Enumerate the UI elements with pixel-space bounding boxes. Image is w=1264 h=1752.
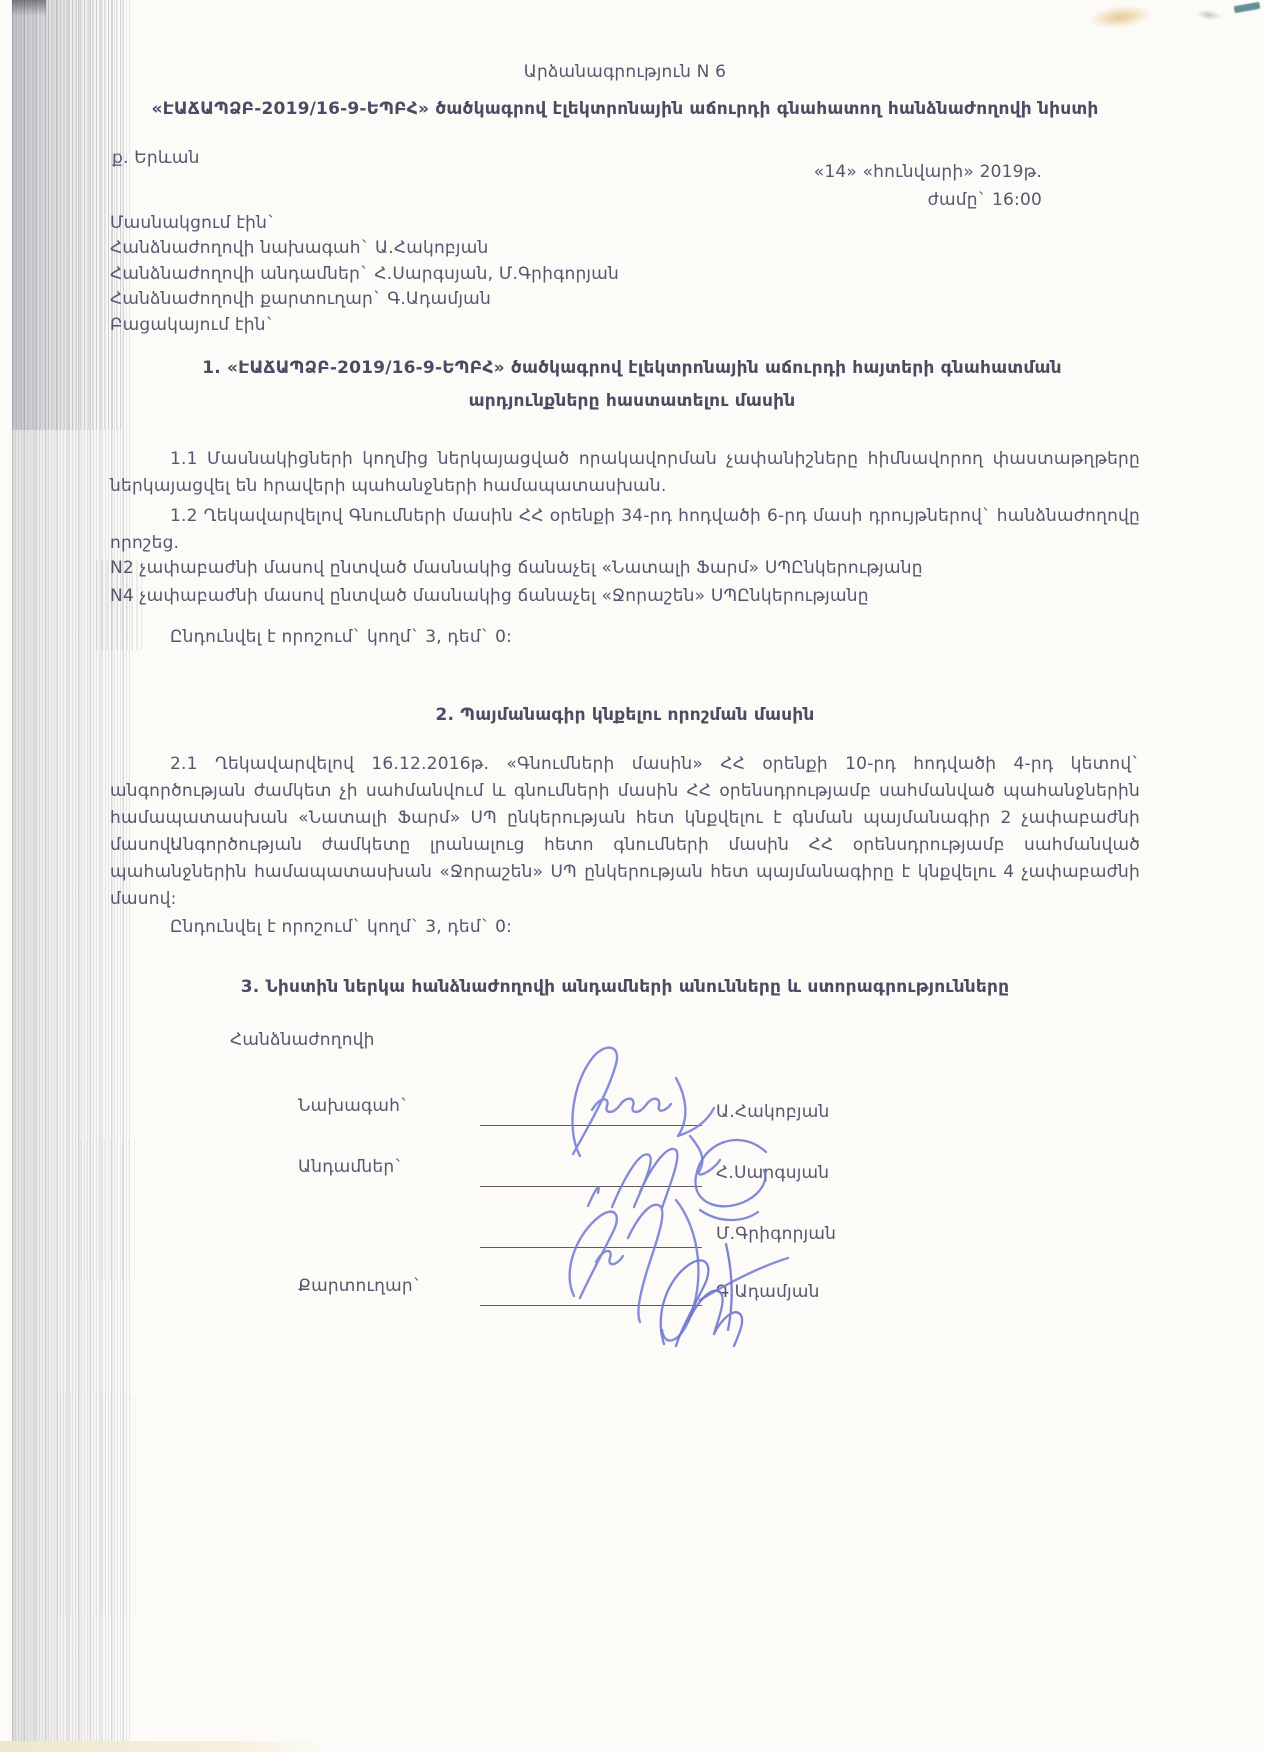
city-label: ք. Երևան <box>112 148 200 168</box>
signature-grigoryan-ink <box>570 1200 788 1340</box>
lot-n4-line: N4 չափաբաժնի մասով ընտված մասնակից ճանաչ… <box>110 586 869 606</box>
date-time-block: «14» «հունվարի» 2019թ. ժամը` 16:00 <box>814 158 1042 214</box>
signature-line <box>480 1125 702 1126</box>
members-line: Հանձնաժողովի անդամներ` Հ.Սարգսյան, Մ.Գրի… <box>110 262 619 287</box>
decision-line-1: Ընդունվել է որոշում` կողմ` 3, դեմ` 0: <box>110 627 1140 647</box>
signatory-name-grigoryan: Մ.Գրիգորյան <box>716 1224 836 1244</box>
secretary-line: Հանձնաժողովի քարտուղար` Գ.Ադամյան <box>110 287 619 312</box>
lot-n2-line: N2 չափաբաժնի մասով ընտված մասնակից ճանաչ… <box>110 558 923 578</box>
signature-line <box>480 1305 702 1306</box>
signatory-name-sargsyan: Հ.Սարգսյան <box>716 1163 829 1183</box>
scan-artifact-patch <box>80 1140 140 1280</box>
signatory-role-chairman: Նախագահ` <box>298 1096 409 1116</box>
scanned-protocol-document: Արձանագրություն N 6 «ԷԱՃԱՊՁԲ-2019/16-9-Ե… <box>0 0 1264 1752</box>
attendance-block: Մասնակցում էին` Հանձնաժողովի նախագահ` Ա.… <box>110 211 619 338</box>
protocol-title: Արձանագրություն N 6 <box>110 62 1140 82</box>
protocol-subtitle: «ԷԱՃԱՊՁԲ-2019/16-9-ԵՊԲՀ» ծածկագրով էլեկտ… <box>70 96 1180 122</box>
signatory-role-secretary: Քարտուղար` <box>298 1276 422 1296</box>
section-3-heading: 3. Նիստին ներկա հանձնաժողովի անդամների ա… <box>110 977 1140 997</box>
signature-line <box>480 1186 702 1187</box>
scan-artifact-left-band-top <box>12 0 124 430</box>
absent-label: Բացակայում էին` <box>110 313 619 338</box>
scan-artifact-orange-smudge <box>1087 3 1153 32</box>
signatory-name-adamyan: Գ.Ադամյան <box>716 1282 820 1302</box>
signatory-name-hakobyan: Ա.Հակոբյան <box>716 1102 829 1122</box>
signatory-role-members: Անդամներ` <box>298 1157 403 1177</box>
item-2-2: Անգործության ժամկետը լրանալուց հետո գնու… <box>110 832 1140 913</box>
signature-hakobyan-ink <box>572 1048 720 1175</box>
commission-label: Հանձնաժողովի <box>230 1030 375 1050</box>
scan-artifact-teal-mark <box>1234 2 1261 13</box>
date-label: «14» «հունվարի» 2019թ. <box>814 158 1042 186</box>
section-2-heading: 2. Պայմանագիր կնքելու որոշման մասին <box>110 705 1140 725</box>
section-1-heading: 1. «ԷԱՃԱՊՁԲ-2019/16-9-ԵՊԲՀ» ծածկագրով էլ… <box>142 352 1122 418</box>
item-1-2: 1.2 Ղեկավարվելով Գնումների մասին ՀՀ օրեն… <box>110 503 1140 557</box>
item-1-1: 1.1 Մասնակիցների կողմից ներկայացված որակ… <box>110 446 1140 500</box>
scan-artifact-gray-mark <box>1195 8 1222 22</box>
decision-line-2: Ընդունվել է որոշում` կողմ` 3, դեմ` 0: <box>110 917 1140 937</box>
chairman-line: Հանձնաժողովի նախագահ` Ա.Հակոբյան <box>110 236 619 261</box>
time-label: ժամը` 16:00 <box>814 186 1042 214</box>
signature-line <box>480 1247 702 1248</box>
scan-artifact-corner <box>12 0 46 16</box>
scan-artifact-patch <box>60 1395 140 1615</box>
scan-artifact-bottom-strip <box>0 1741 330 1752</box>
present-label: Մասնակցում էին` <box>110 211 619 236</box>
